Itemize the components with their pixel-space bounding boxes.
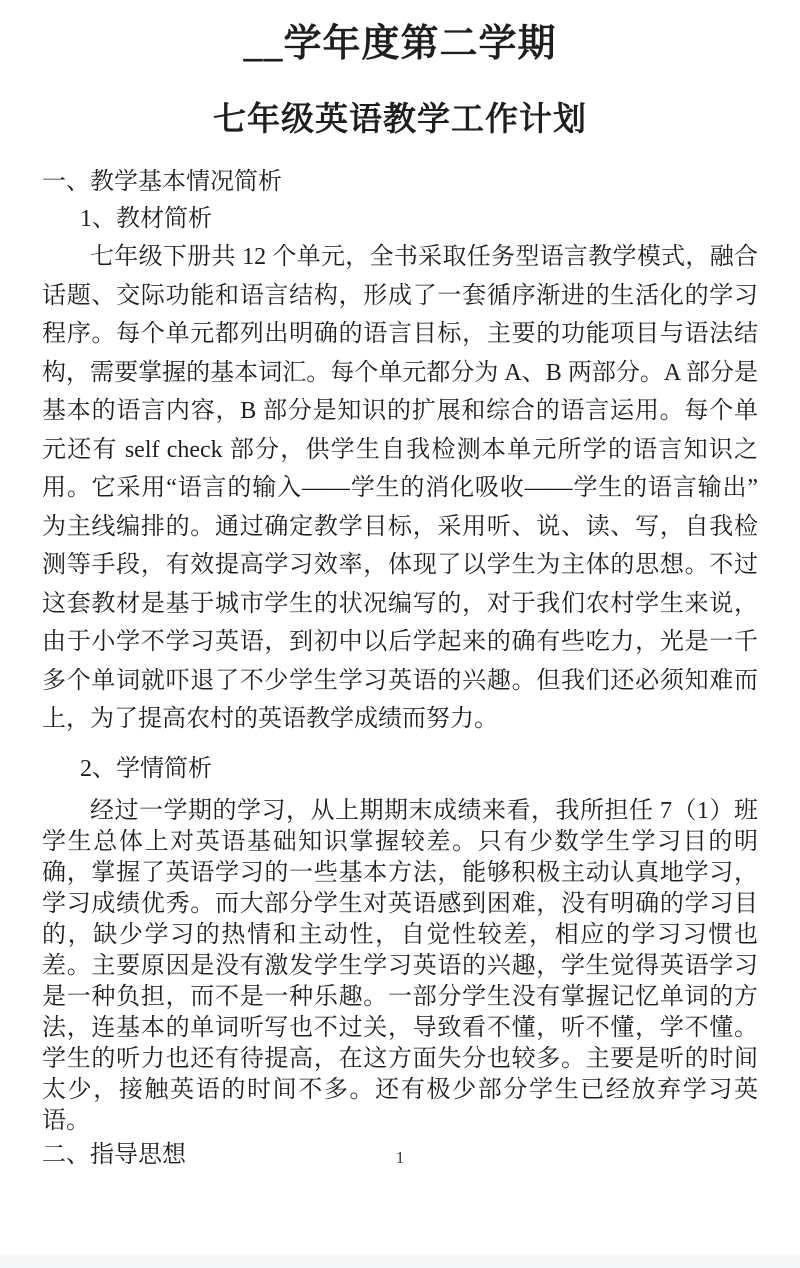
subsection-heading-student-analysis: 2、学情简析 (42, 751, 758, 788)
document-page: { "document": { "title": "__学年度第二学期", "s… (0, 0, 800, 1268)
paragraph-textbook-analysis: 七年级下册共 12 个单元，全书采取任务型语言教学模式，融合话题、交际功能和语言… (42, 238, 758, 739)
page-number: 1 (0, 1148, 800, 1168)
document-title: __学年度第二学期 (42, 18, 758, 70)
document-body: __学年度第二学期 七年级英语教学工作计划 一、教学基本情况简析 1、教材简析 … (42, 0, 758, 1174)
subsection-heading-textbook-analysis: 1、教材简析 (42, 201, 758, 238)
paragraph-student-analysis: 经过一学期的学习，从上期期末成绩来看，我所担任 7（1）班学生总体上对英语基础知… (42, 796, 758, 1137)
document-subtitle: 七年级英语教学工作计划 (42, 98, 758, 142)
section-heading-basic-situation: 一、教学基本情况简析 (42, 164, 758, 201)
page-bottom-edge (0, 1254, 800, 1268)
